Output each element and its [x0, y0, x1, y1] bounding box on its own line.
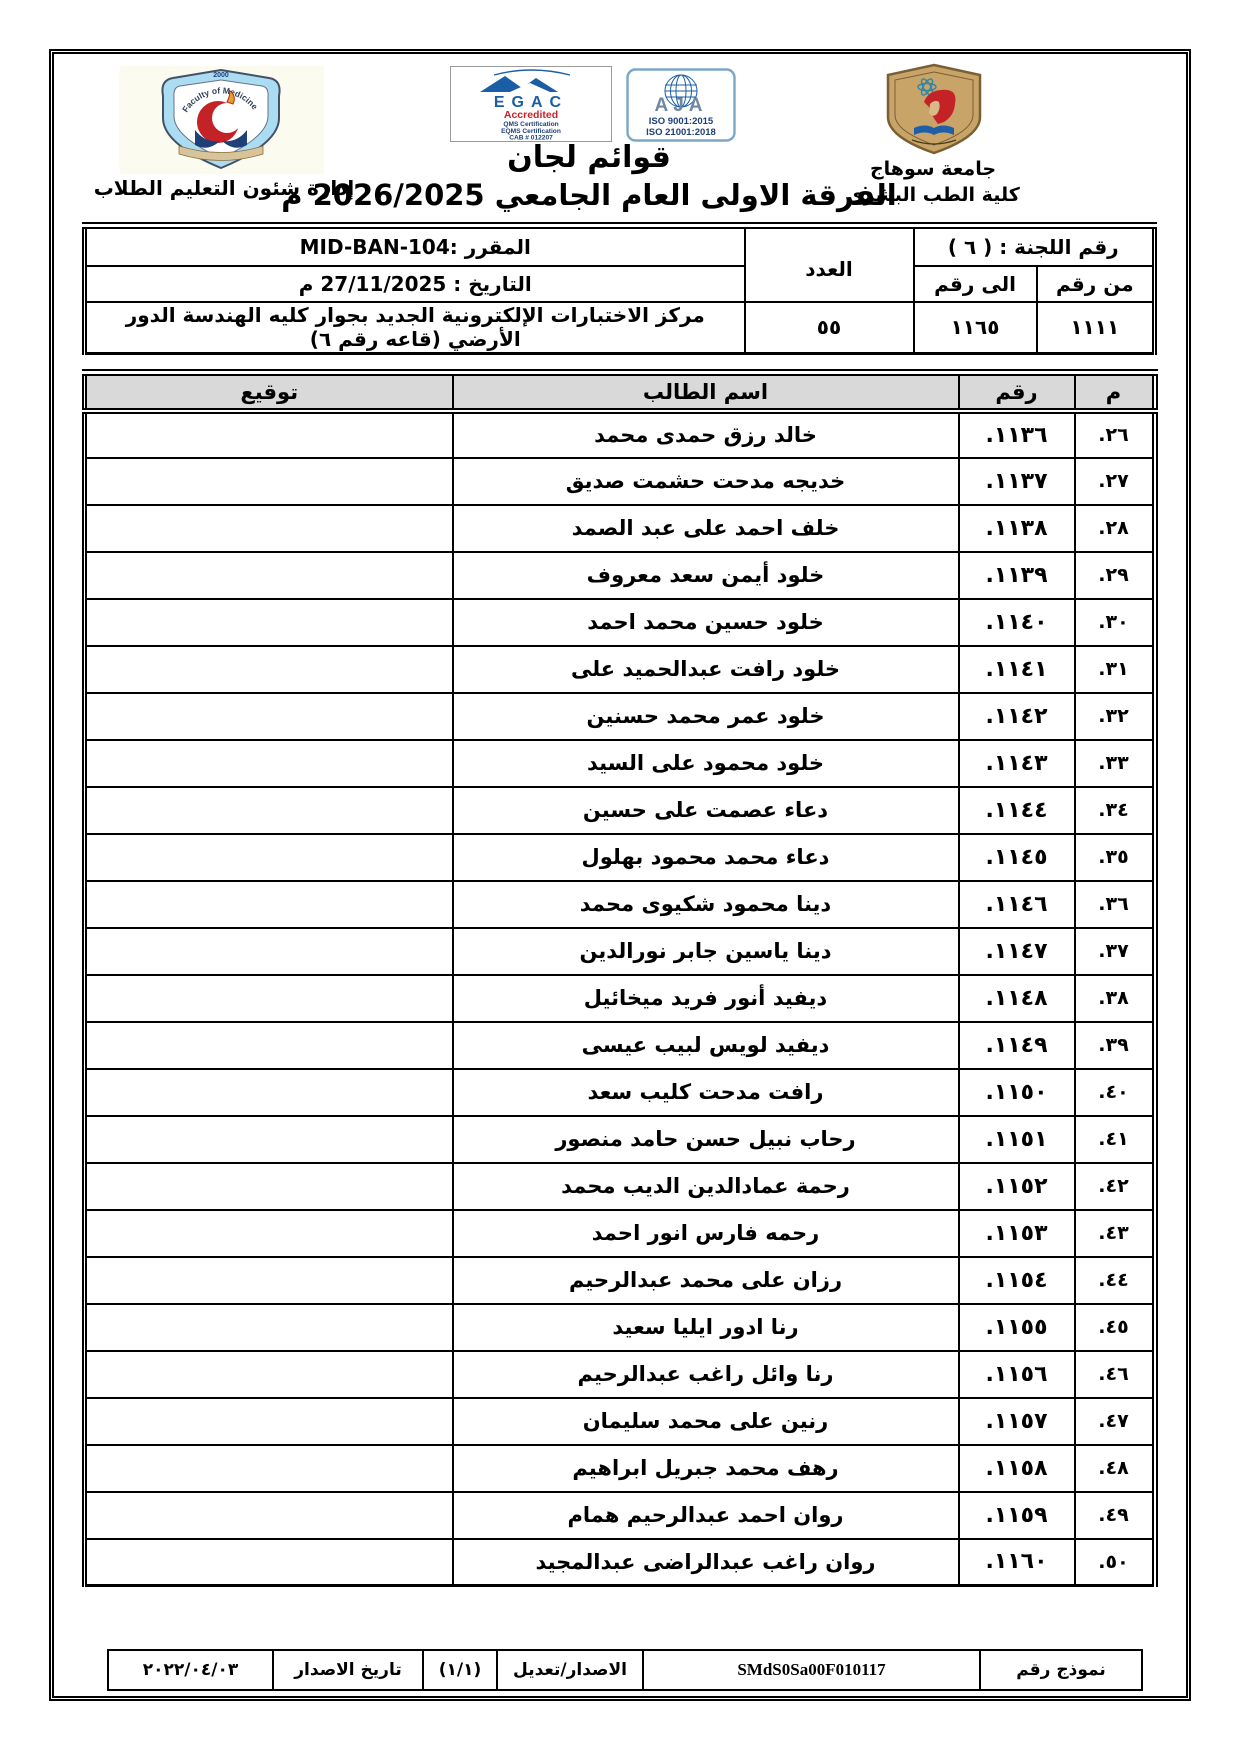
serial-cell: ٢٧.	[1075, 458, 1155, 505]
signature-cell	[85, 458, 453, 505]
seat-number-cell: ١١٤٤.	[959, 787, 1075, 834]
signature-cell	[85, 1069, 453, 1116]
student-name-cell: رافت مدحت كليب سعد	[453, 1069, 959, 1116]
student-name-cell: رنا وائل راغب عبدالرحيم	[453, 1351, 959, 1398]
signature-cell	[85, 1022, 453, 1069]
serial-cell: ٣٩.	[1075, 1022, 1155, 1069]
signature-cell	[85, 552, 453, 599]
student-name-cell: رحمه فارس انور احمد	[453, 1210, 959, 1257]
committee-list-document: { "header": { "department_caption": "إدا…	[0, 0, 1241, 1755]
seat-number-cell: ١١٤٩.	[959, 1022, 1075, 1069]
seat-number-cell: ١١٣٦.	[959, 411, 1075, 458]
student-row: ٢٧. ١١٣٧. خديجه مدحت حشمت صديق	[85, 458, 1155, 505]
signature-header: توقيع	[85, 373, 453, 411]
student-name-cell: رحمة عمادالدين الديب محمد	[453, 1163, 959, 1210]
serial-cell: ٣٣.	[1075, 740, 1155, 787]
student-row: ٤٩. ١١٥٩. روان احمد عبدالرحيم همام	[85, 1492, 1155, 1539]
serial-cell: ٣٥.	[1075, 834, 1155, 881]
serial-cell: ٤١.	[1075, 1116, 1155, 1163]
exam-location-cell: مركز الاختبارات الإلكترونية الجديد بجوار…	[85, 302, 745, 354]
count-label-cell: العدد	[745, 226, 914, 302]
student-row: ٤٥. ١١٥٥. رنا ادور ايليا سعيد	[85, 1304, 1155, 1351]
signature-cell	[85, 1210, 453, 1257]
from-number-label-cell: من رقم	[1037, 266, 1155, 302]
signature-cell	[85, 599, 453, 646]
students-table-header-row: م رقم اسم الطالب توقيع	[85, 373, 1155, 411]
seat-number-cell: ١١٥٢.	[959, 1163, 1075, 1210]
count-value-cell: ٥٥	[745, 302, 914, 354]
committee-number-cell: رقم اللجنة : ( ٦ )	[914, 226, 1155, 266]
student-row: ٤١. ١١٥١. رحاب نبيل حسن حامد منصور	[85, 1116, 1155, 1163]
aja-iso1: ISO 9001:2015	[649, 116, 714, 127]
seat-number-cell: ١١٥٧.	[959, 1398, 1075, 1445]
student-row: ٤٠. ١١٥٠. رافت مدحت كليب سعد	[85, 1069, 1155, 1116]
signature-cell	[85, 1116, 453, 1163]
seat-number-cell: ١١٥٥.	[959, 1304, 1075, 1351]
from-number-value-cell: ١١١١	[1037, 302, 1155, 354]
serial-cell: ٤٢.	[1075, 1163, 1155, 1210]
student-name-cell: دعاء محمد محمود بهلول	[453, 834, 959, 881]
egac-accreditation-logo: EGAC Accredited QMS Certification EQMS C…	[450, 66, 612, 142]
serial-cell: ٤٨.	[1075, 1445, 1155, 1492]
seat-number-cell: ١١٤٧.	[959, 928, 1075, 975]
signature-cell	[85, 505, 453, 552]
aja-iso2: ISO 21001:2018	[646, 127, 716, 138]
student-row: ٤٢. ١١٥٢. رحمة عمادالدين الديب محمد	[85, 1163, 1155, 1210]
seat-number-cell: ١١٤٠.	[959, 599, 1075, 646]
page-title: قوائم لجان	[389, 140, 789, 175]
seat-number-cell: ١١٦٠.	[959, 1539, 1075, 1586]
serial-cell: ٣١.	[1075, 646, 1155, 693]
student-row: ٤٦. ١١٥٦. رنا وائل راغب عبدالرحيم	[85, 1351, 1155, 1398]
egac-line1: QMS Certification	[503, 121, 558, 128]
signature-cell	[85, 1351, 453, 1398]
signature-cell	[85, 1257, 453, 1304]
seat-number-cell: ١١٤٣.	[959, 740, 1075, 787]
course-code-cell: المقرر :MID-BAN-104	[85, 226, 745, 266]
student-name-cell: روان احمد عبدالرحيم همام	[453, 1492, 959, 1539]
signature-cell	[85, 693, 453, 740]
student-row: ٤٣. ١١٥٣. رحمه فارس انور احمد	[85, 1210, 1155, 1257]
faculty-of-medicine-logo: 2000 Faculty of Medicine	[119, 66, 324, 174]
signature-cell	[85, 646, 453, 693]
page-frame: 2000 Faculty of Medicine إدارة شئون التع…	[49, 49, 1191, 1701]
student-name-cell: دينا ياسين جابر نورالدين	[453, 928, 959, 975]
students-tbody: ٢٦. ١١٣٦. خالد رزق حمدى محمد ٢٧. ١١٣٧. خ…	[85, 411, 1155, 1586]
issue-edit-label-cell: الاصدار/تعديل	[497, 1650, 643, 1690]
form-number-label-cell: نموذج رقم	[980, 1650, 1142, 1690]
student-row: ٢٨. ١١٣٨. خلف احمد على عبد الصمد	[85, 505, 1155, 552]
signature-cell	[85, 1445, 453, 1492]
serial-cell: ٣٦.	[1075, 881, 1155, 928]
form-number-value-cell: SMdS0Sa00F010117	[643, 1650, 980, 1690]
serial-cell: ٤٤.	[1075, 1257, 1155, 1304]
student-row: ٣٢. ١١٤٢. خلود عمر محمد حسنين	[85, 693, 1155, 740]
student-name-cell: خلود محمود على السيد	[453, 740, 959, 787]
signature-cell	[85, 1492, 453, 1539]
student-name-cell: خلود رافت عبدالحميد على	[453, 646, 959, 693]
number-header: رقم	[959, 373, 1075, 411]
seat-number-cell: ١١٥٦.	[959, 1351, 1075, 1398]
student-name-cell: روان راغب عبدالراضى عبدالمجيد	[453, 1539, 959, 1586]
aja-name: AJA	[654, 95, 707, 116]
student-row: ٣٠. ١١٤٠. خلود حسين محمد احمد	[85, 599, 1155, 646]
student-row: ٢٦. ١١٣٦. خالد رزق حمدى محمد	[85, 411, 1155, 458]
serial-cell: ٤٣.	[1075, 1210, 1155, 1257]
student-row: ٣٥. ١١٤٥. دعاء محمد محمود بهلول	[85, 834, 1155, 881]
signature-cell	[85, 928, 453, 975]
serial-cell: ٣٨.	[1075, 975, 1155, 1022]
students-table: م رقم اسم الطالب توقيع ٢٦. ١١٣٦. خالد رز…	[82, 369, 1158, 1587]
aja-certification-logo: AJA ISO 9001:2015 ISO 21001:2018	[626, 68, 736, 142]
seat-number-cell: ١١٤٢.	[959, 693, 1075, 740]
seat-number-cell: ١١٥٤.	[959, 1257, 1075, 1304]
signature-cell	[85, 1539, 453, 1586]
student-name-cell: خالد رزق حمدى محمد	[453, 411, 959, 458]
form-footer-table: نموذج رقم SMdS0Sa00F010117 الاصدار/تعديل…	[107, 1649, 1143, 1691]
sohag-university-logo	[882, 62, 986, 156]
signature-cell	[85, 740, 453, 787]
student-row: ٣٧. ١١٤٧. دينا ياسين جابر نورالدين	[85, 928, 1155, 975]
serial-cell: ٥٠.	[1075, 1539, 1155, 1586]
serial-cell: ٤٠.	[1075, 1069, 1155, 1116]
student-name-cell: ديفيد لويس لبيب عيسى	[453, 1022, 959, 1069]
seat-number-cell: ١١٥٣.	[959, 1210, 1075, 1257]
to-number-value-cell: ١١٦٥	[914, 302, 1037, 354]
serial-cell: ٣٢.	[1075, 693, 1155, 740]
student-name-cell: رزان على محمد عبدالرحيم	[453, 1257, 959, 1304]
student-name-cell: خلود عمر محمد حسنين	[453, 693, 959, 740]
student-name-cell: دينا محمود شكيوى محمد	[453, 881, 959, 928]
issue-edit-value-cell: (١/١)	[423, 1650, 497, 1690]
serial-cell: ٢٨.	[1075, 505, 1155, 552]
serial-header: م	[1075, 373, 1155, 411]
serial-cell: ٤٧.	[1075, 1398, 1155, 1445]
student-row: ٤٧. ١١٥٧. رنين على محمد سليمان	[85, 1398, 1155, 1445]
student-name-cell: خلود أيمن سعد معروف	[453, 552, 959, 599]
seat-number-cell: ١١٤٦.	[959, 881, 1075, 928]
university-name: جامعة سوهاج	[823, 156, 1043, 182]
student-name-cell: خلف احمد على عبد الصمد	[453, 505, 959, 552]
student-row: ٥٠. ١١٦٠. روان راغب عبدالراضى عبدالمجيد	[85, 1539, 1155, 1586]
student-name-cell: رهف محمد جبريل ابراهيم	[453, 1445, 959, 1492]
egac-accredited-label: Accredited	[504, 109, 558, 121]
exam-info-table: رقم اللجنة : ( ٦ ) العدد المقرر :MID-BAN…	[82, 222, 1157, 355]
footer-row: نموذج رقم SMdS0Sa00F010117 الاصدار/تعديل…	[108, 1650, 1142, 1690]
serial-cell: ٣٤.	[1075, 787, 1155, 834]
student-row: ٣٨. ١١٤٨. ديفيد أنور فريد ميخائيل	[85, 975, 1155, 1022]
seat-number-cell: ١١٣٧.	[959, 458, 1075, 505]
student-row: ٤٨. ١١٥٨. رهف محمد جبريل ابراهيم	[85, 1445, 1155, 1492]
serial-cell: ٤٥.	[1075, 1304, 1155, 1351]
signature-cell	[85, 975, 453, 1022]
signature-cell	[85, 787, 453, 834]
student-name-cell: ديفيد أنور فريد ميخائيل	[453, 975, 959, 1022]
student-name-cell: خديجه مدحت حشمت صديق	[453, 458, 959, 505]
faculty-name: كلية الطب البشرى	[823, 182, 1043, 208]
student-row: ٢٩. ١١٣٩. خلود أيمن سعد معروف	[85, 552, 1155, 599]
seat-number-cell: ١١٥٩.	[959, 1492, 1075, 1539]
student-name-cell: دعاء عصمت على حسين	[453, 787, 959, 834]
serial-cell: ٤٦.	[1075, 1351, 1155, 1398]
student-row: ٣٤. ١١٤٤. دعاء عصمت على حسين	[85, 787, 1155, 834]
signature-cell	[85, 1163, 453, 1210]
student-row: ٣١. ١١٤١. خلود رافت عبدالحميد على	[85, 646, 1155, 693]
faculty-logo-year: 2000	[213, 72, 229, 79]
issue-date-value-cell: ٢٠٢٢/٠٤/٠٣	[108, 1650, 273, 1690]
signature-cell	[85, 411, 453, 458]
student-name-cell: رنا ادور ايليا سعيد	[453, 1304, 959, 1351]
student-row: ٣٩. ١١٤٩. ديفيد لويس لبيب عيسى	[85, 1022, 1155, 1069]
serial-cell: ٢٩.	[1075, 552, 1155, 599]
student-name-header: اسم الطالب	[453, 373, 959, 411]
signature-cell	[85, 1398, 453, 1445]
signature-cell	[85, 881, 453, 928]
seat-number-cell: ١١٣٩.	[959, 552, 1075, 599]
student-row: ٤٤. ١١٥٤. رزان على محمد عبدالرحيم	[85, 1257, 1155, 1304]
serial-cell: ٣٧.	[1075, 928, 1155, 975]
student-row: ٣٦. ١١٤٦. دينا محمود شكيوى محمد	[85, 881, 1155, 928]
seat-number-cell: ١١٣٨.	[959, 505, 1075, 552]
seat-number-cell: ١١٤١.	[959, 646, 1075, 693]
to-number-label-cell: الى رقم	[914, 266, 1037, 302]
seat-number-cell: ١١٥٠.	[959, 1069, 1075, 1116]
student-name-cell: خلود حسين محمد احمد	[453, 599, 959, 646]
seat-number-cell: ١١٤٥.	[959, 834, 1075, 881]
exam-date-cell: التاريخ : 27/11/2025 م	[85, 266, 745, 302]
seat-number-cell: ١١٤٨.	[959, 975, 1075, 1022]
serial-cell: ٣٠.	[1075, 599, 1155, 646]
seat-number-cell: ١١٥٨.	[959, 1445, 1075, 1492]
student-row: ٣٣. ١١٤٣. خلود محمود على السيد	[85, 740, 1155, 787]
university-caption: جامعة سوهاج كلية الطب البشرى	[823, 156, 1043, 208]
student-name-cell: رنين على محمد سليمان	[453, 1398, 959, 1445]
serial-cell: ٤٩.	[1075, 1492, 1155, 1539]
signature-cell	[85, 1304, 453, 1351]
issue-date-label-cell: تاريخ الاصدار	[273, 1650, 423, 1690]
student-name-cell: رحاب نبيل حسن حامد منصور	[453, 1116, 959, 1163]
seat-number-cell: ١١٥١.	[959, 1116, 1075, 1163]
signature-cell	[85, 834, 453, 881]
serial-cell: ٢٦.	[1075, 411, 1155, 458]
